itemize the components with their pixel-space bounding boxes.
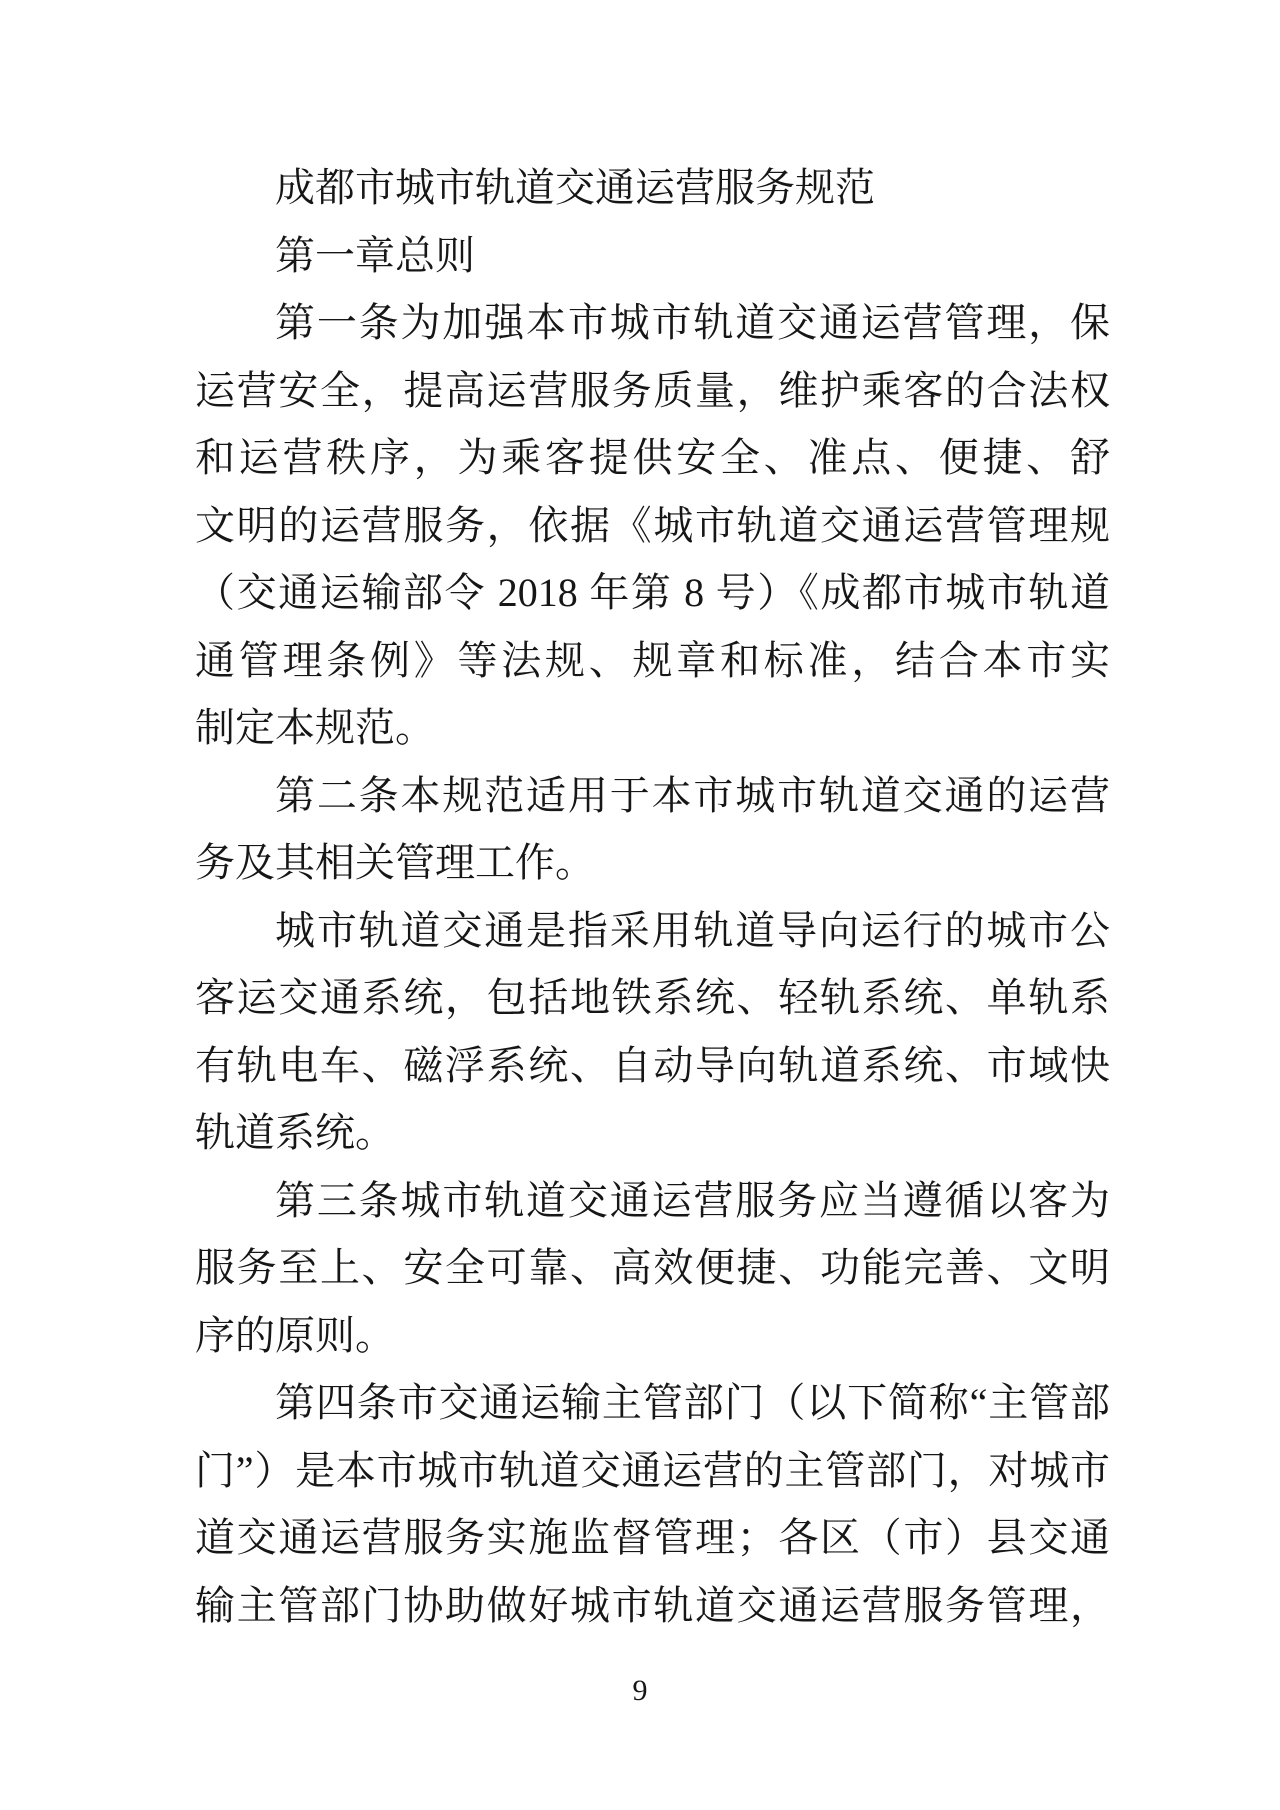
body-line: 务及其相关管理工作。: [195, 829, 1110, 897]
body-line: 和运营秩序，为乘客提供安全、准点、便捷、舒适、: [195, 424, 1110, 492]
chapter-heading: 第一章总则: [195, 222, 1110, 290]
body-line: （交通运输部令 2018 年第 8 号）《成都市城市轨道交: [195, 559, 1110, 627]
document-title: 成都市城市轨道交通运营服务规范: [195, 154, 1110, 222]
body-line: 道交通运营服务实施监督管理；各区（市）县交通运: [195, 1504, 1110, 1572]
body-line: 第二条本规范适用于本市城市轨道交通的运营服: [195, 762, 1110, 830]
body-line: 第四条市交通运输主管部门（以下简称“主管部: [195, 1369, 1110, 1437]
body-line: 输主管部门协助做好城市轨道交通运营服务管理，并: [195, 1572, 1110, 1640]
document-page: 成都市城市轨道交通运营服务规范第一章总则第一条为加强本市城市轨道交通运营管理，保…: [0, 0, 1280, 1810]
body-line: 服务至上、安全可靠、高效便捷、功能完善、文明有: [195, 1234, 1110, 1302]
body-line: 有轨电车、磁浮系统、自动导向轨道系统、市域快速: [195, 1032, 1110, 1100]
body-line: 通管理条例》等法规、规章和标准，结合本市实际，: [195, 627, 1110, 695]
body-line: 门”）是本市城市轨道交通运营的主管部门，对城市轨: [195, 1437, 1110, 1505]
body-line: 第三条城市轨道交通运营服务应当遵循以客为尊、: [195, 1167, 1110, 1235]
body-line: 城市轨道交通是指采用轨道导向运行的城市公共: [195, 897, 1110, 965]
body-line: 文明的运营服务，依据《城市轨道交通运营管理规定》: [195, 492, 1110, 560]
body-line: 轨道系统。: [195, 1099, 1110, 1167]
body-line: 序的原则。: [195, 1302, 1110, 1370]
page-number: 9: [0, 1672, 1280, 1710]
body-line: 制定本规范。: [195, 694, 1110, 762]
body-line: 第一条为加强本市城市轨道交通运营管理，保障: [195, 289, 1110, 357]
body-line: 客运交通系统，包括地铁系统、轻轨系统、单轨系统、: [195, 964, 1110, 1032]
document-body: 成都市城市轨道交通运营服务规范第一章总则第一条为加强本市城市轨道交通运营管理，保…: [195, 154, 1110, 1639]
body-line: 运营安全，提高运营服务质量，维护乘客的合法权益: [195, 357, 1110, 425]
